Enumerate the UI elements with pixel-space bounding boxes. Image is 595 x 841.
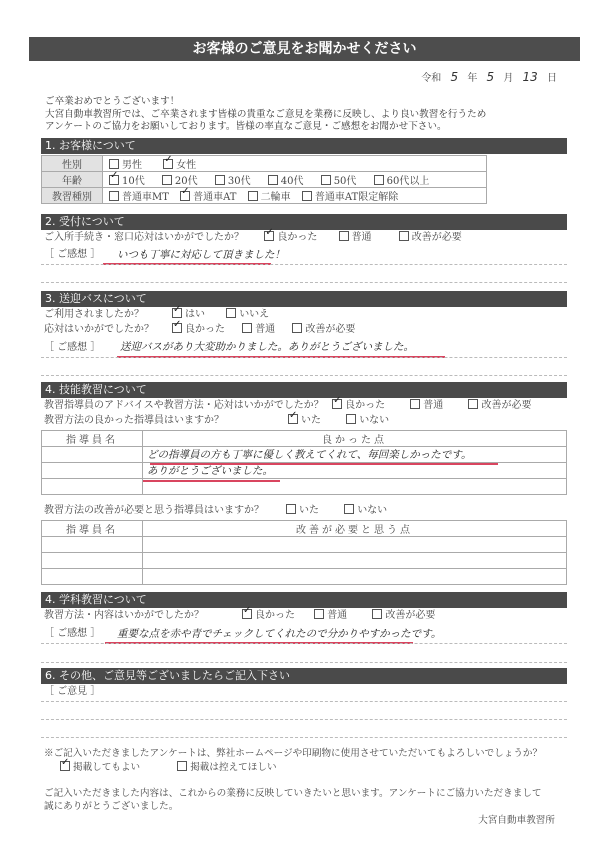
section-5-header: 4. 学科教習について <box>41 592 567 608</box>
option-label: 良かった <box>185 324 225 335</box>
table-header-row: 指導員名 改善が必要と思う点 <box>42 521 567 537</box>
checkbox-checked[interactable] <box>288 414 298 424</box>
section-4-header: 4. 技能教習について <box>41 382 567 398</box>
gender-row: 性別 男性 女性 <box>42 156 487 172</box>
form-title: お客様のご意見をお聞かせください <box>29 37 580 61</box>
checkbox[interactable] <box>372 609 382 619</box>
section-2-header: 2. 受付について <box>41 214 567 230</box>
date-month-field[interactable]: 5 <box>487 70 495 84</box>
option-label: 普通車AT限定解除 <box>315 192 398 203</box>
course-at-limit-removal-option[interactable]: 普通車AT限定解除 <box>302 188 398 203</box>
permission-deny-option[interactable]: 掲載は控えてほしい <box>177 761 276 774</box>
improve-instructor-no-option[interactable]: いない <box>344 504 387 518</box>
good-instructor-options: いた いない <box>288 414 407 428</box>
option-label: 改善が必要 <box>385 610 435 621</box>
option-label: 掲載してもよい <box>73 762 140 773</box>
checkbox[interactable] <box>346 414 356 424</box>
good-instructor-yes-option[interactable]: いた <box>288 414 321 428</box>
age-row: 年齢 10代 20代 30代 40代 50代 60代以上 <box>42 172 487 188</box>
checkbox[interactable] <box>339 231 349 241</box>
checkbox-checked[interactable] <box>109 175 119 185</box>
lecture-normal-option[interactable]: 普通 <box>314 609 347 623</box>
option-label: 10代 <box>122 176 145 187</box>
lecture-good-option[interactable]: 良かった <box>242 609 295 623</box>
option-label: いた <box>301 415 321 426</box>
option-label: 改善が必要 <box>305 324 355 335</box>
checkbox-checked[interactable] <box>180 191 190 201</box>
option-label: 男性 <box>122 160 142 171</box>
checkbox-checked[interactable] <box>264 231 274 241</box>
reception-question-row: ご入所手続き・窓口応対はいかがでしたか？ 良かった 普通 改善が必要 <box>44 231 480 245</box>
option-label: 良かった <box>345 400 385 411</box>
checkbox[interactable] <box>248 191 258 201</box>
comment-line <box>41 282 567 283</box>
bus-normal-option[interactable]: 普通 <box>242 323 275 337</box>
comment-line <box>41 375 567 376</box>
reception-comment-label: ［ ご感想 ］ <box>44 248 100 262</box>
comment-line <box>41 264 567 265</box>
good-points-cell[interactable]: どの指導員の方も丁寧に優しく教えてくれて、毎回楽しかったです。 <box>143 447 567 463</box>
permission-allow-option[interactable]: 掲載してもよい <box>60 761 140 774</box>
intro-line: 大宮自動車教習所では、ご卒業されます皆様の貴重なご意見を業務に反映し、より良い教… <box>45 109 486 122</box>
checkbox[interactable] <box>226 308 236 318</box>
checkbox[interactable] <box>314 609 324 619</box>
option-label: いいえ <box>239 309 269 320</box>
bus-used-no-option[interactable]: いいえ <box>226 308 269 322</box>
table-row <box>42 553 567 569</box>
date-day-unit: 日 <box>547 73 557 84</box>
instructor-name-header: 指導員名 <box>42 431 143 447</box>
checkbox-checked[interactable] <box>163 159 173 169</box>
improve-instructor-table: 指導員名 改善が必要と思う点 <box>41 520 567 585</box>
good-instructor-no-option[interactable]: いない <box>346 414 389 428</box>
checkbox[interactable] <box>399 231 409 241</box>
handwritten-text: どの指導員の方も丁寧に優しく教えてくれて、毎回楽しかったです。 <box>143 449 471 461</box>
checkbox-checked[interactable] <box>242 609 252 619</box>
option-label: 掲載は控えてほしい <box>190 762 276 773</box>
reception-improve-option[interactable]: 改善が必要 <box>399 231 462 245</box>
course-mt-option[interactable]: 普通車MT <box>109 188 169 203</box>
checkbox[interactable] <box>286 504 296 514</box>
checkbox[interactable] <box>374 175 384 185</box>
course-type-row: 教習種別 普通車MT 普通車AT 二輪車 普通車AT限定解除 <box>42 188 487 204</box>
instructor-name-cell[interactable] <box>42 537 143 553</box>
lecture-comment-field[interactable]: 重要な点を赤や青でチェックしてくれたので分かりやすかったです。 <box>117 626 441 641</box>
checkbox[interactable] <box>215 175 225 185</box>
age-10s-option[interactable]: 10代 <box>109 172 145 187</box>
gender-options: 男性 女性 <box>103 156 487 172</box>
section-3-header: 3. 送迎バスについて <box>41 291 567 307</box>
checkbox-checked[interactable] <box>172 308 182 318</box>
good-points-header: 良かった点 <box>143 431 567 447</box>
improve-points-header: 改善が必要と思う点 <box>143 521 567 537</box>
instructor-normal-option[interactable]: 普通 <box>410 399 443 413</box>
bus-service-row: 応対はいかがでしたか？ <box>44 323 154 337</box>
reception-good-option[interactable]: 良かった <box>264 231 317 245</box>
checkbox[interactable] <box>109 191 119 201</box>
table-row <box>42 569 567 585</box>
option-label: 40代 <box>281 176 304 187</box>
improve-instructor-question: 教習方法の改善が必要と思う指導員はいますか？ <box>44 504 264 518</box>
permission-question: ※ご記入いただきましたアンケートは、弊社ホームページや印刷物に使用させていただい… <box>44 747 542 760</box>
thanks-line: 誠にありがとうございました。 <box>44 800 542 813</box>
bus-used-options: はい いいえ <box>172 308 287 322</box>
thanks-line: ご記入いただきました内容は、これからの業務に反映していきたいと思います。アンケー… <box>44 787 542 800</box>
bus-comment-field[interactable]: 送迎バスがあり大変助かりました。ありがとうございました。 <box>120 339 414 354</box>
table-row <box>42 479 567 495</box>
checkbox[interactable] <box>344 504 354 514</box>
option-label: いた <box>299 505 319 516</box>
improve-points-cell[interactable] <box>143 537 567 553</box>
gender-male-option[interactable]: 男性 <box>109 156 142 171</box>
instructor-name-cell[interactable] <box>42 463 143 479</box>
age-30s-option[interactable]: 30代 <box>215 172 251 187</box>
comment-line <box>41 643 567 644</box>
table-row: どの指導員の方も丁寧に優しく教えてくれて、毎回楽しかったです。 <box>42 447 567 463</box>
age-40s-option[interactable]: 40代 <box>268 172 304 187</box>
option-label: 60代以上 <box>387 176 430 187</box>
instructor-name-cell[interactable] <box>42 479 143 495</box>
instructor-advice-question: 教習指導員のアドバイスや教習方法・応対はいかがでしたか？ <box>44 400 324 411</box>
course-motorcycle-option[interactable]: 二輪車 <box>248 188 291 203</box>
bus-used-row: ご利用されましたか？ <box>44 308 144 322</box>
date-era: 令和 <box>421 73 441 84</box>
instructor-name-cell[interactable] <box>42 447 143 463</box>
option-label: 30代 <box>228 176 251 187</box>
reception-question: ご入所手続き・窓口応対はいかがでしたか？ <box>44 232 244 243</box>
option-label: 良かった <box>255 610 295 621</box>
reception-normal-option[interactable]: 普通 <box>339 231 372 245</box>
option-label: 普通車AT <box>193 192 236 203</box>
bus-used-question: ご利用されましたか？ <box>44 309 144 320</box>
option-label: いない <box>357 505 387 516</box>
bus-comment-label: ［ ご感想 ］ <box>44 341 100 355</box>
customer-info-table: 性別 男性 女性 年齢 10代 20代 30代 40代 50代 60代以上 教習… <box>41 155 487 204</box>
option-label: 二輪車 <box>261 192 291 203</box>
reception-comment-field[interactable]: いつも丁寧に対応して頂きました！ <box>117 247 285 262</box>
checkbox-checked[interactable] <box>172 323 182 333</box>
instructor-name-cell[interactable] <box>42 553 143 569</box>
checkbox[interactable] <box>162 175 172 185</box>
checkbox[interactable] <box>109 159 119 169</box>
date-year-unit: 年 <box>467 73 477 84</box>
intro-text: ご卒業おめでとうございます！ 大宮自動車教習所では、ご卒業されます皆様の貴重なご… <box>45 96 486 134</box>
bus-improve-option[interactable]: 改善が必要 <box>292 323 355 337</box>
course-type-options: 普通車MT 普通車AT 二輪車 普通車AT限定解除 <box>103 188 487 204</box>
permission-options: 掲載してもよい 掲載は控えてほしい <box>60 761 295 774</box>
option-label: 改善が必要 <box>412 232 462 243</box>
course-type-label: 教習種別 <box>42 188 103 204</box>
gender-female-option[interactable]: 女性 <box>163 156 196 171</box>
table-row <box>42 537 567 553</box>
instructor-name-header: 指導員名 <box>42 521 143 537</box>
option-label: はい <box>185 309 205 320</box>
comment-line[interactable] <box>41 737 567 738</box>
checkbox[interactable] <box>410 399 420 409</box>
school-signature: 大宮自動車教習所 <box>478 814 555 827</box>
checkbox[interactable] <box>268 175 278 185</box>
date-day-field[interactable]: 13 <box>523 70 538 84</box>
option-label: 50代 <box>334 176 357 187</box>
checkbox[interactable] <box>321 175 331 185</box>
age-60s-plus-option[interactable]: 60代以上 <box>374 172 430 187</box>
checkbox[interactable] <box>292 323 302 333</box>
checkbox[interactable] <box>302 191 312 201</box>
comment-line[interactable] <box>41 719 567 720</box>
date-row: 令和 5 年 5 月 13 日 <box>421 69 557 84</box>
improve-instructor-options: いた いない <box>286 504 405 518</box>
table-header-row: 指導員名 良かった点 <box>42 431 567 447</box>
bus-good-option[interactable]: 良かった <box>172 323 225 337</box>
table-row: ありがとうございました。 <box>42 463 567 479</box>
handwritten-text: ありがとうございました。 <box>143 465 273 477</box>
age-label: 年齢 <box>42 172 103 188</box>
comment-line[interactable] <box>41 701 567 702</box>
option-label: 普通 <box>352 232 372 243</box>
course-at-option[interactable]: 普通車AT <box>180 188 236 203</box>
opinion-comment-label: ［ ご意見 ］ <box>44 685 100 699</box>
comment-line <box>41 662 567 663</box>
gender-label: 性別 <box>42 156 103 172</box>
lecture-options: 良かった 普通 改善が必要 <box>242 609 453 623</box>
comment-line <box>41 357 567 358</box>
good-points-cell[interactable]: ありがとうございました。 <box>143 463 567 479</box>
option-label: いない <box>359 415 389 426</box>
lecture-question: 教習方法・内容はいかがでしたか？ <box>44 609 204 623</box>
bus-service-options: 良かった 普通 改善が必要 <box>172 323 373 337</box>
instructor-name-cell[interactable] <box>42 569 143 585</box>
intro-line: アンケートのご協力をお願いしております。皆様の率直なご意見・ご感想をお聞かせ下さ… <box>45 121 486 134</box>
good-instructor-question: 教習方法の良かった指導員はいますか？ <box>44 414 224 428</box>
lecture-improve-option[interactable]: 改善が必要 <box>372 609 435 623</box>
improve-points-cell[interactable] <box>143 553 567 569</box>
section-6-header: 6. その他、ご意見等ございましたらご記入下さい <box>41 668 567 684</box>
option-label: 普通 <box>255 324 275 335</box>
option-label: 普通 <box>423 400 443 411</box>
option-label: 普通 <box>327 610 347 621</box>
instructor-good-option[interactable]: 良かった <box>332 399 385 413</box>
red-underline <box>150 463 498 465</box>
checkbox-checked[interactable] <box>332 399 342 409</box>
section-1-header: 1. お客様について <box>41 138 567 154</box>
bus-service-question: 応対はいかがでしたか？ <box>44 324 154 335</box>
option-label: 普通車MT <box>122 192 169 203</box>
thanks-text: ご記入いただきました内容は、これからの業務に反映していきたいと思います。アンケー… <box>44 787 542 813</box>
age-options: 10代 20代 30代 40代 50代 60代以上 <box>103 172 487 188</box>
improve-points-cell[interactable] <box>143 569 567 585</box>
checkbox[interactable] <box>177 761 187 771</box>
option-label: 改善が必要 <box>481 400 531 411</box>
date-year-field[interactable]: 5 <box>451 70 459 84</box>
intro-line: ご卒業おめでとうございます！ <box>45 96 486 109</box>
checkbox[interactable] <box>468 399 478 409</box>
instructor-improve-option[interactable]: 改善が必要 <box>468 399 531 413</box>
age-20s-option[interactable]: 20代 <box>162 172 198 187</box>
checkbox-checked[interactable] <box>60 761 70 771</box>
lecture-comment-label: ［ ご感想 ］ <box>44 627 100 641</box>
option-label: 女性 <box>176 160 196 171</box>
checkbox[interactable] <box>242 323 252 333</box>
improve-instructor-yes-option[interactable]: いた <box>286 504 319 518</box>
age-50s-option[interactable]: 50代 <box>321 172 357 187</box>
red-underline <box>143 480 280 482</box>
option-label: 良かった <box>277 232 317 243</box>
date-month-unit: 月 <box>503 73 513 84</box>
